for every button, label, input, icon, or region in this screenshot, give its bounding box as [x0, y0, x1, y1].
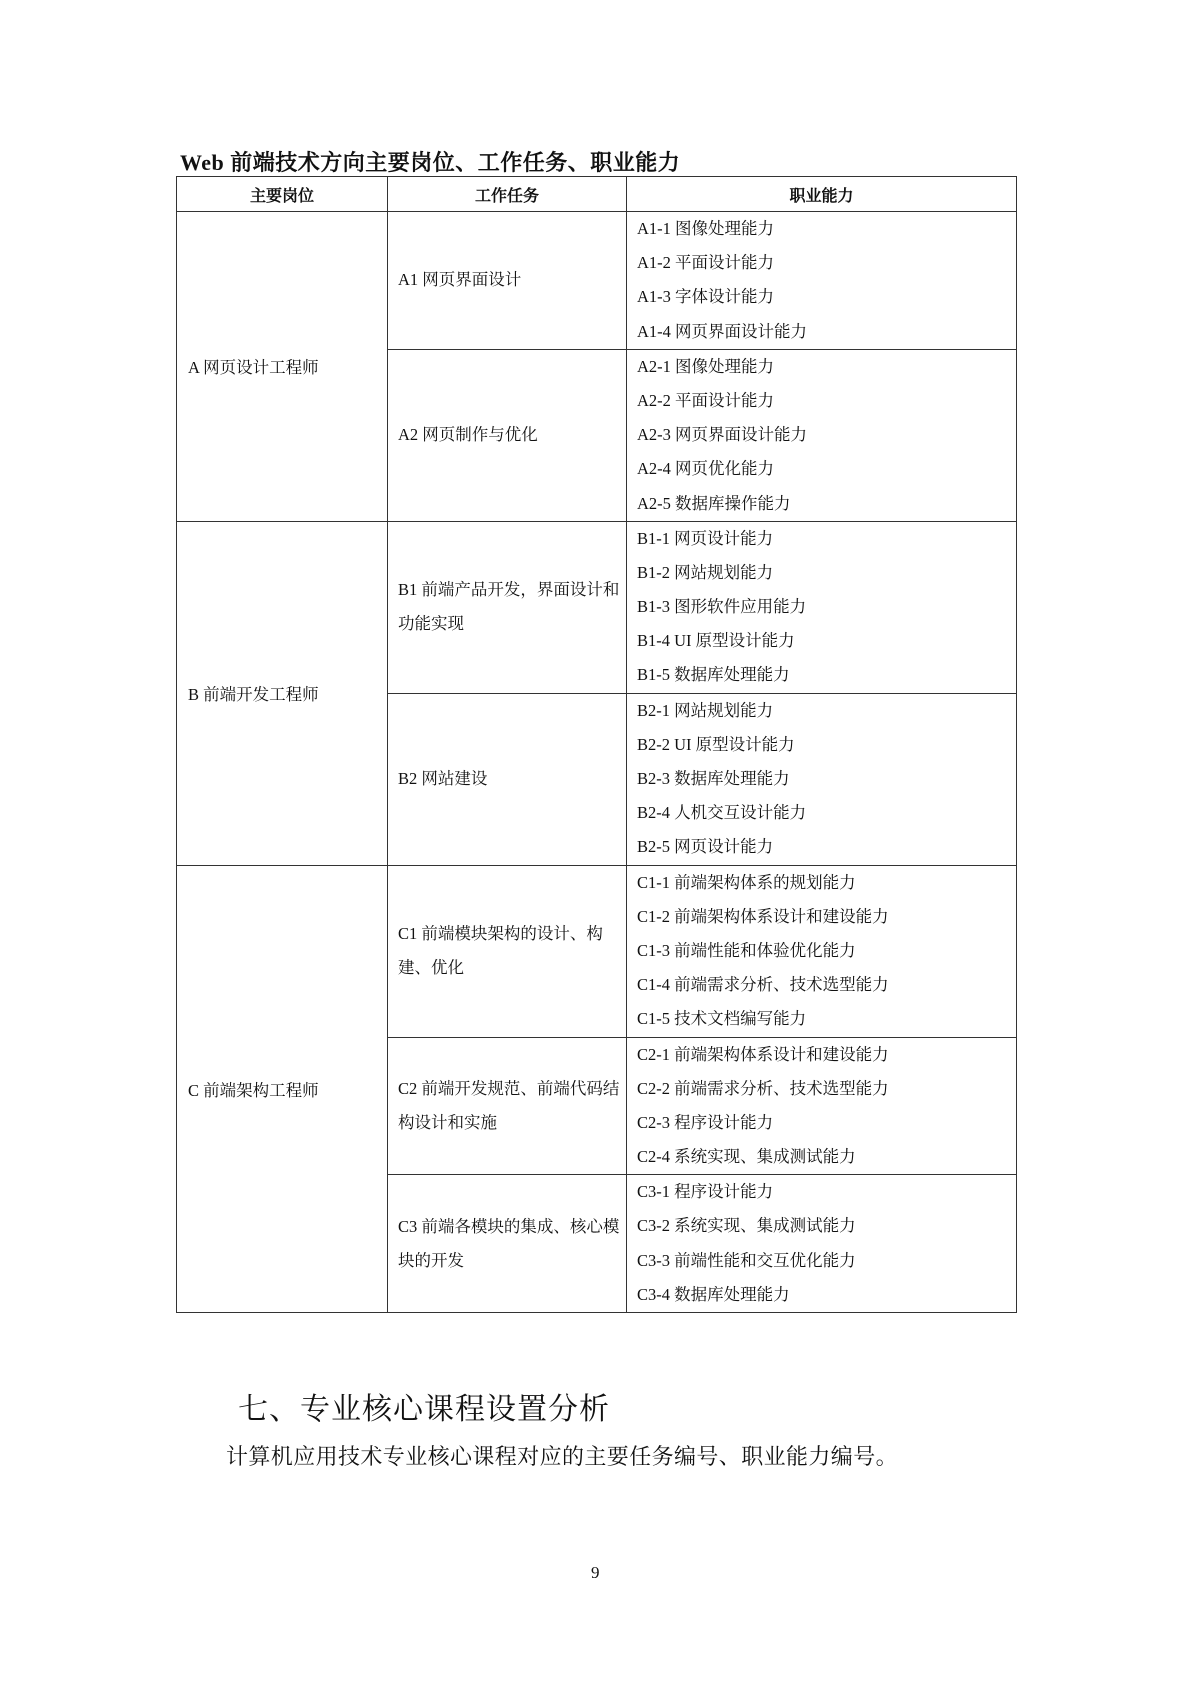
task-cell-c2: C2 前端开发规范、前端代码结构设计和实施 — [388, 1037, 627, 1175]
competency-item: A2-1 图像处理能力 — [637, 350, 1016, 384]
competency-item: A2-2 平面设计能力 — [637, 384, 1016, 418]
header-post: 主要岗位 — [177, 177, 388, 212]
post-cell-a: A 网页设计工程师 — [177, 212, 388, 522]
task-cell-c3: C3 前端各模块的集成、核心模块的开发 — [388, 1175, 627, 1313]
competency-item: C1-3 前端性能和体验优化能力 — [637, 934, 1016, 968]
competency-item: A2-5 数据库操作能力 — [637, 487, 1016, 521]
competency-item: B2-4 人机交互设计能力 — [637, 796, 1016, 830]
post-cell-b: B 前端开发工程师 — [177, 521, 388, 865]
competency-item: A1-1 图像处理能力 — [637, 212, 1016, 246]
header-task: 工作任务 — [388, 177, 627, 212]
competency-item: C1-4 前端需求分析、技术选型能力 — [637, 968, 1016, 1002]
competency-item: B1-3 图形软件应用能力 — [637, 590, 1016, 624]
competency-item: A1-3 字体设计能力 — [637, 280, 1016, 314]
task-cell-c1: C1 前端模块架构的设计、构建、优化 — [388, 865, 627, 1037]
competency-item: B2-5 网页设计能力 — [637, 830, 1016, 864]
table-header-row: 主要岗位 工作任务 职业能力 — [177, 177, 1017, 212]
table-row: C 前端架构工程师 C1 前端模块架构的设计、构建、优化 C1-1 前端架构体系… — [177, 865, 1017, 1037]
competency-item: C3-1 程序设计能力 — [637, 1175, 1016, 1209]
competency-cell-c1: C1-1 前端架构体系的规划能力 C1-2 前端架构体系设计和建设能力 C1-3… — [627, 865, 1017, 1037]
competency-cell-c2: C2-1 前端架构体系设计和建设能力 C2-2 前端需求分析、技术选型能力 C2… — [627, 1037, 1017, 1175]
competency-item: C3-4 数据库处理能力 — [637, 1278, 1016, 1312]
competency-cell-c3: C3-1 程序设计能力 C3-2 系统实现、集成测试能力 C3-3 前端性能和交… — [627, 1175, 1017, 1313]
competency-item: B2-3 数据库处理能力 — [637, 762, 1016, 796]
competency-item: A2-4 网页优化能力 — [637, 452, 1016, 486]
competency-item: B1-2 网站规划能力 — [637, 556, 1016, 590]
table-title: Web 前端技术方向主要岗位、工作任务、职业能力 — [180, 146, 680, 177]
competency-item: C3-3 前端性能和交互优化能力 — [637, 1244, 1016, 1278]
post-cell-c: C 前端架构工程师 — [177, 865, 388, 1312]
section-paragraph: 计算机应用技术专业核心课程对应的主要任务编号、职业能力编号。 — [226, 1440, 898, 1471]
competency-item: C3-2 系统实现、集成测试能力 — [637, 1209, 1016, 1243]
competency-item: C2-2 前端需求分析、技术选型能力 — [637, 1072, 1016, 1106]
competency-item: C2-4 系统实现、集成测试能力 — [637, 1140, 1016, 1174]
competency-item: B1-5 数据库处理能力 — [637, 658, 1016, 692]
job-competency-table: 主要岗位 工作任务 职业能力 A 网页设计工程师 A1 网页界面设计 A1-1 … — [176, 176, 1017, 1313]
competency-item: B1-1 网页设计能力 — [637, 522, 1016, 556]
competency-item: B1-4 UI 原型设计能力 — [637, 624, 1016, 658]
competency-item: C1-2 前端架构体系设计和建设能力 — [637, 900, 1016, 934]
table-row: A 网页设计工程师 A1 网页界面设计 A1-1 图像处理能力 A1-2 平面设… — [177, 212, 1017, 350]
task-cell-a1: A1 网页界面设计 — [388, 212, 627, 350]
competency-item: C2-1 前端架构体系设计和建设能力 — [637, 1038, 1016, 1072]
competency-cell-b2: B2-1 网站规划能力 B2-2 UI 原型设计能力 B2-3 数据库处理能力 … — [627, 693, 1017, 865]
competency-item: A1-2 平面设计能力 — [637, 246, 1016, 280]
competency-item: C1-5 技术文档编写能力 — [637, 1002, 1016, 1036]
competency-item: B2-2 UI 原型设计能力 — [637, 728, 1016, 762]
section-heading: 七、专业核心课程设置分析 — [238, 1384, 610, 1428]
competency-cell-a1: A1-1 图像处理能力 A1-2 平面设计能力 A1-3 字体设计能力 A1-4… — [627, 212, 1017, 350]
competency-item: A1-4 网页界面设计能力 — [637, 315, 1016, 349]
task-cell-b1: B1 前端产品开发，界面设计和功能实现 — [388, 521, 627, 693]
task-cell-b2: B2 网站建设 — [388, 693, 627, 865]
table-row: B 前端开发工程师 B1 前端产品开发，界面设计和功能实现 B1-1 网页设计能… — [177, 521, 1017, 693]
header-competency: 职业能力 — [627, 177, 1017, 212]
competency-item: C1-1 前端架构体系的规划能力 — [637, 866, 1016, 900]
competency-item: B2-1 网站规划能力 — [637, 694, 1016, 728]
competency-item: C2-3 程序设计能力 — [637, 1106, 1016, 1140]
page-number: 9 — [591, 1563, 600, 1583]
competency-item: A2-3 网页界面设计能力 — [637, 418, 1016, 452]
task-cell-a2: A2 网页制作与优化 — [388, 349, 627, 521]
competency-cell-a2: A2-1 图像处理能力 A2-2 平面设计能力 A2-3 网页界面设计能力 A2… — [627, 349, 1017, 521]
competency-cell-b1: B1-1 网页设计能力 B1-2 网站规划能力 B1-3 图形软件应用能力 B1… — [627, 521, 1017, 693]
